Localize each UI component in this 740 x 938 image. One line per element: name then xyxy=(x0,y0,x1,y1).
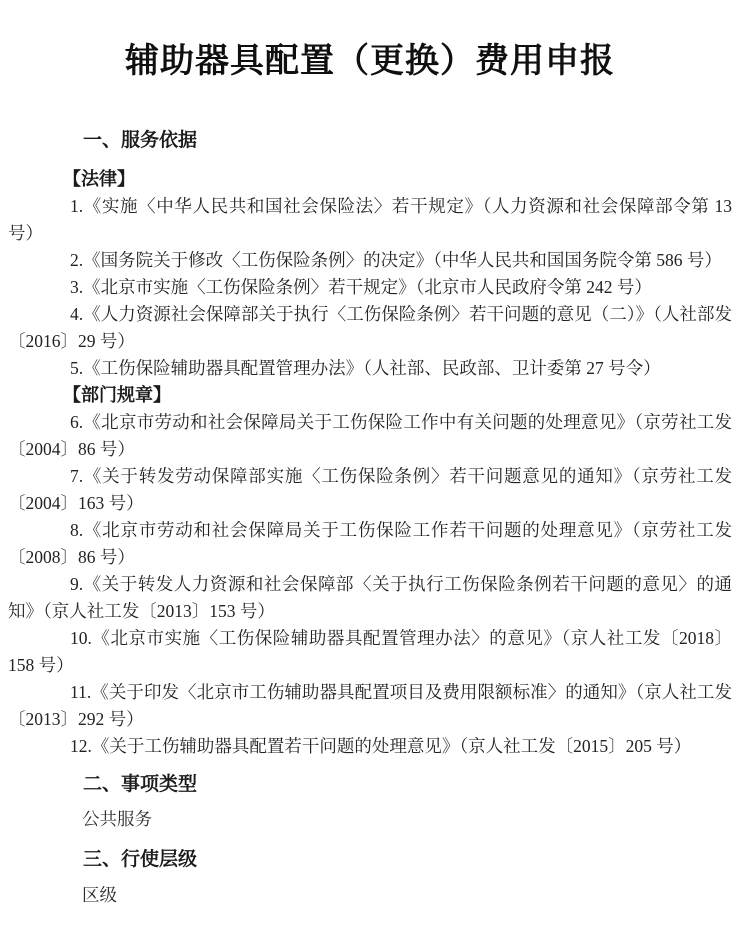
legal-basis-item-3: 3.《北京市实施〈工伤保险条例〉若干规定》（北京市人民政府令第 242 号） xyxy=(8,274,732,301)
legal-basis-item-1: 1.《实施〈中华人民共和国社会保险法〉若干规定》（人力资源和社会保障部令第 13… xyxy=(8,193,732,247)
legal-basis-item-4: 4.《人力资源社会保障部关于执行〈工伤保险条例〉若干问题的意见（二）》（人社部发… xyxy=(8,301,732,355)
legal-basis-item-6: 6.《北京市劳动和社会保障局关于工伤保险工作中有关问题的处理意见》（京劳社工发〔… xyxy=(8,409,732,463)
legal-basis-item-7: 7.《关于转发劳动保障部实施〈工伤保险条例〉若干问题意见的通知》（京劳社工发〔2… xyxy=(8,463,732,517)
group-label-department-rules: 【部门规章】 xyxy=(0,382,740,409)
legal-basis-item-8: 8.《北京市劳动和社会保障局关于工伤保险工作若干问题的处理意见》（京劳社工发〔2… xyxy=(8,517,732,571)
exercise-level-value: 区级 xyxy=(0,882,740,909)
legal-basis-item-12: 12.《关于工伤辅助器具配置若干问题的处理意见》（京人社工发〔2015〕205 … xyxy=(8,733,732,760)
item-type-value: 公共服务 xyxy=(0,806,740,833)
legal-basis-item-9: 9.《关于转发人力资源和社会保障部〈关于执行工伤保险条例若干问题的意见〉的通知》… xyxy=(8,571,732,625)
legal-basis-item-10: 10.《北京市实施〈工伤保险辅助器具配置管理办法〉的意见》（京人社工发〔2018… xyxy=(8,625,732,679)
section-heading-service-basis: 一、服务依据 xyxy=(0,128,740,154)
document-page: 辅助器具配置（更换）费用申报 一、服务依据 【法律】 1.《实施〈中华人民共和国… xyxy=(0,0,740,938)
group-label-laws: 【法律】 xyxy=(0,166,740,193)
legal-basis-item-11: 11.《关于印发〈北京市工伤辅助器具配置项目及费用限额标准〉的通知》（京人社工发… xyxy=(8,679,732,733)
legal-basis-item-2: 2.《国务院关于修改〈工伤保险条例〉的决定》（中华人民共和国国务院令第 586 … xyxy=(8,247,732,274)
section-heading-exercise-level: 三、行使层级 xyxy=(0,847,740,873)
legal-basis-item-5: 5.《工伤保险辅助器具配置管理办法》（人社部、民政部、卫计委第 27 号令） xyxy=(8,355,732,382)
document-title: 辅助器具配置（更换）费用申报 xyxy=(0,40,740,84)
section-heading-item-type: 二、事项类型 xyxy=(0,772,740,798)
